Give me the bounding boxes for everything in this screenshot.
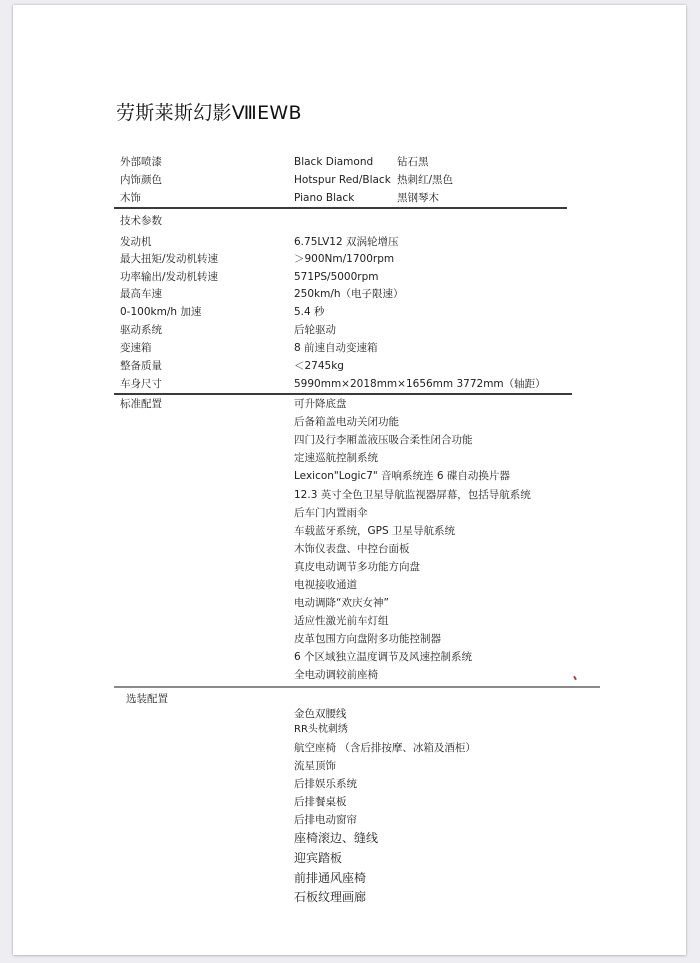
spec-label: 车身尺寸 (120, 375, 162, 393)
standard-feature: 木饰仪表盘、中控台面板 (294, 540, 410, 558)
standard-feature: 电视接收通道 (294, 576, 357, 594)
spec-label: 变速箱 (120, 339, 152, 357)
divider (114, 207, 567, 209)
section-label: 标准配置 (120, 395, 162, 413)
color-label: 木饰 (120, 189, 141, 207)
standard-feature: 车载蓝牙系统，GPS 卫星导航系统 (294, 522, 455, 540)
optional-feature: 后排电动窗帘 (294, 811, 357, 829)
standard-feature: 12.3 英寸全色卫星导航监视器屏幕，包括导航系统 (294, 486, 531, 504)
standard-feature: 后车门内置雨伞 (294, 504, 368, 522)
spec-value: ＞900Nm/1700rpm (294, 250, 394, 268)
standard-feature: 适应性激光前车灯组 (294, 612, 389, 630)
spec-label: 驱动系统 (120, 321, 162, 339)
optional-feature: RR头枕刺绣 (294, 721, 348, 739)
spec-value: 后轮驱动 (294, 321, 336, 339)
optional-feature: 前排通风座椅 (294, 869, 366, 887)
spec-value: 5.4 秒 (294, 303, 325, 321)
color-value-en: Black Diamond (294, 153, 373, 171)
section-label: 技术参数 (120, 212, 162, 230)
spec-label: 整备质量 (120, 357, 162, 375)
standard-feature: 四门及行李厢盖液压吸合柔性闭合功能 (294, 431, 473, 449)
document-title: 劳斯莱斯幻影ⅧEWB (116, 98, 302, 125)
optional-feature: 座椅滚边、缝线 (294, 829, 378, 847)
standard-feature: 全电动调较前座椅 (294, 666, 378, 684)
color-label: 内饰颜色 (120, 171, 162, 189)
spec-label: 功率输出/发动机转速 (120, 268, 218, 286)
optional-feature: 后排娱乐系统 (294, 775, 357, 793)
color-value-en: Piano Black (294, 189, 354, 207)
standard-feature: 后备箱盖电动关闭功能 (294, 413, 399, 431)
spec-label: 最大扭矩/发动机转速 (120, 250, 218, 268)
spec-value: 250km/h（电子限速） (294, 285, 404, 303)
color-value-en: Hotspur Red/Black (294, 171, 391, 189)
optional-feature: 后排餐桌板 (294, 793, 347, 811)
optional-feature: 迎宾踏板 (294, 849, 342, 867)
optional-feature: 流星顶饰 (294, 757, 336, 775)
spec-value: 8 前速自动变速箱 (294, 339, 378, 357)
spec-value: 571PS/5000rpm (294, 268, 379, 286)
divider (114, 686, 600, 688)
spec-value: ＜2745kg (294, 357, 344, 375)
color-label: 外部喷漆 (120, 153, 162, 171)
section-label: 选装配置 (126, 690, 168, 708)
color-value-cn: 热刺红/黑色 (397, 171, 453, 189)
spec-label: 发动机 (120, 233, 152, 251)
standard-feature: 可升降底盘 (294, 395, 347, 413)
standard-feature: 定速巡航控制系统 (294, 449, 378, 467)
spec-label: 0-100km/h 加速 (120, 303, 201, 321)
standard-feature: 皮革包围方向盘附多功能控制器 (294, 630, 441, 648)
spec-value: 6.75LV12 双涡轮增压 (294, 233, 398, 251)
color-value-cn: 黑钢琴木 (397, 189, 439, 207)
optional-feature: 石板纹理画廊 (294, 888, 366, 906)
color-value-cn: 钻石黑 (397, 153, 429, 171)
standard-feature: 6 个区域独立温度调节及风速控制系统 (294, 648, 472, 666)
spec-label: 最高车速 (120, 285, 162, 303)
spec-value: 5990mm×2018mm×1656mm 3772mm（轴距） (294, 375, 546, 393)
standard-feature: 电动调降“欢庆女神” (294, 594, 389, 612)
standard-feature: 真皮电动调节多功能方向盘 (294, 558, 420, 576)
optional-feature: 航空座椅 （含后排按摩、冰箱及酒柜） (294, 739, 476, 757)
standard-feature: Lexicon"Logic7" 音响系统连 6 碟自动换片器 (294, 467, 510, 485)
